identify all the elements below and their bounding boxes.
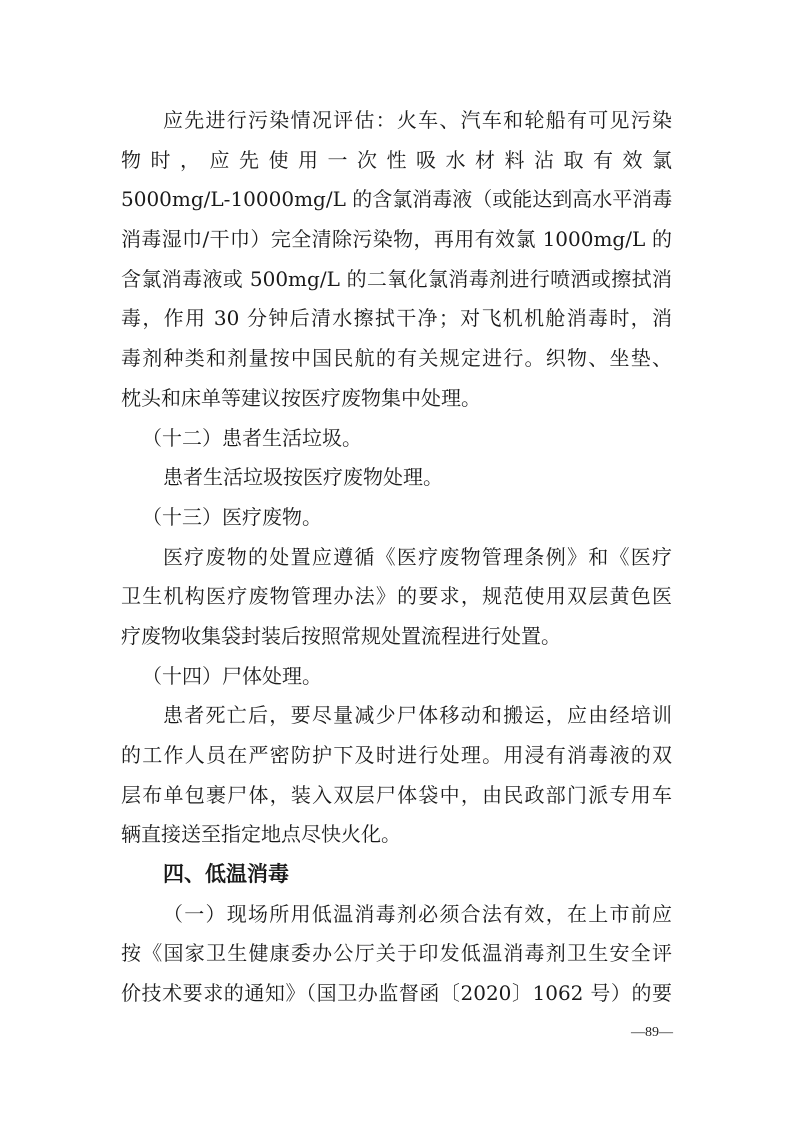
- paragraph-line: 辆直接送至指定地点尽快火化。: [121, 815, 672, 855]
- paragraph-line: 消毒湿巾/干巾）完全清除污染物，再用有效氯 1000mg/L 的: [121, 220, 672, 260]
- paragraph-line: 毒剂种类和剂量按中国民航的有关规定进行。织物、坐垫、: [121, 339, 672, 379]
- paragraph-line: 价技术要求的通知》（国卫办监督函〔2020〕1062 号）的要: [121, 974, 672, 1014]
- paragraph-line: 应先进行污染情况评估：火车、汽车和轮船有可见污染: [121, 101, 672, 141]
- paragraph-line: 按《国家卫生健康委办公厅关于印发低温消毒剂卫生安全评: [121, 934, 672, 974]
- paragraph-line: 层布单包裹尸体，装入双层尸体袋中，由民政部门派专用车: [121, 776, 672, 816]
- paragraph-line: 毒，作用 30 分钟后清水擦拭干净；对飞机机舱消毒时，消: [121, 299, 672, 339]
- paragraph-line: 含氯消毒液或 500mg/L 的二氧化氯消毒剂进行喷洒或擦拭消: [121, 260, 672, 300]
- paragraph-line: 的工作人员在严密防护下及时进行处理。用浸有消毒液的双: [121, 736, 672, 776]
- paragraph-line: 5000mg/L-10000mg/L 的含氯消毒液（或能达到高水平消毒的: [121, 180, 672, 220]
- page-number: —89—: [628, 1025, 676, 1041]
- section-heading-low-temp-disinfection: 四、低温消毒: [121, 855, 672, 895]
- paragraph-line: 枕头和床单等建议按医疗废物集中处理。: [121, 379, 672, 419]
- paragraph-line: 医疗废物的处置应遵循《医疗废物管理条例》和《医疗: [121, 538, 672, 578]
- paragraph-line: 患者生活垃圾按医疗废物处理。: [121, 458, 672, 498]
- document-page: 应先进行污染情况评估：火车、汽车和轮船有可见污染 物时，应先使用一次性吸水材料沾…: [0, 0, 793, 1122]
- subheading-body-handling: （十四）尸体处理。: [121, 657, 672, 697]
- body-text: 应先进行污染情况评估：火车、汽车和轮船有可见污染 物时，应先使用一次性吸水材料沾…: [121, 101, 672, 1014]
- paragraph-line: 疗废物收集袋封装后按照常规处置流程进行处置。: [121, 617, 672, 657]
- paragraph-line: 物时，应先使用一次性吸水材料沾取有效氯: [121, 141, 672, 181]
- paragraph-line: 卫生机构医疗废物管理办法》的要求，规范使用双层黄色医: [121, 577, 672, 617]
- subheading-medical-waste: （十三）医疗废物。: [121, 498, 672, 538]
- paragraph-line: 患者死亡后，要尽量减少尸体移动和搬运，应由经培训: [121, 696, 672, 736]
- paragraph-line: （一）现场所用低温消毒剂必须合法有效，在上市前应: [121, 895, 672, 935]
- subheading-patient-waste: （十二）患者生活垃圾。: [121, 419, 672, 459]
